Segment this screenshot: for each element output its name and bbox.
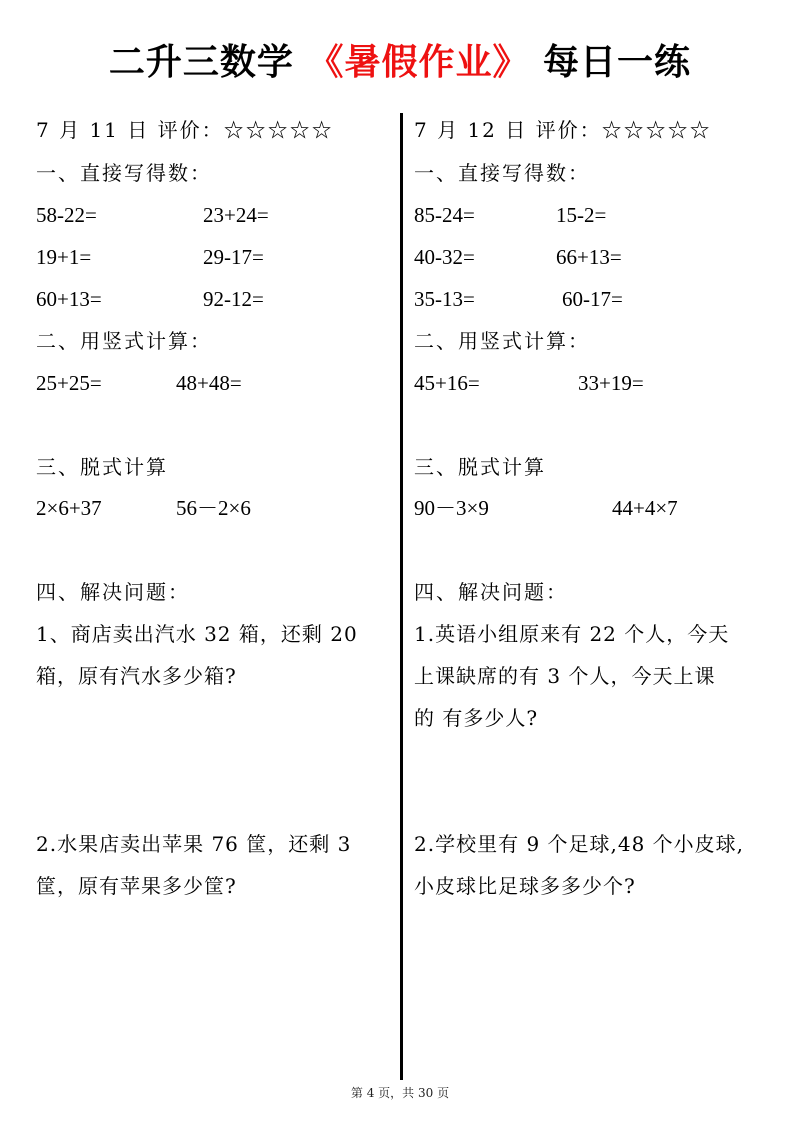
math-item: 60-17= <box>562 285 623 313</box>
section-heading: 三、脱式计算 <box>36 453 168 481</box>
math-item: 48+48= <box>176 369 242 397</box>
section-heading: 一、直接写得数： <box>414 159 590 187</box>
math-item: 60+13= <box>36 285 102 313</box>
math-item: 19+1= <box>36 243 91 271</box>
math-item: 33+19= <box>578 369 644 397</box>
page-title: 二升三数学 《暑假作业》 每日一练 <box>0 38 800 88</box>
title-prefix: 二升三数学 <box>109 42 294 83</box>
title-highlight: 《暑假作业》 <box>307 42 529 83</box>
math-item: 2×6+37 <box>36 494 102 522</box>
math-item: 40-32= <box>414 243 475 271</box>
math-item: 25+25= <box>36 369 102 397</box>
math-item: 35-13= <box>414 285 475 313</box>
word-problem-line: 上课缺席的有 3 个人，今天上课 <box>414 662 715 690</box>
column-divider <box>400 113 403 1080</box>
date-rating-label: 7 月 12 日 评价：☆☆☆☆☆ <box>414 116 712 144</box>
math-item: 90－3×9 <box>414 494 489 522</box>
section-heading: 四、解决问题： <box>36 578 190 606</box>
section-heading: 一、直接写得数： <box>36 159 212 187</box>
math-item: 15-2= <box>556 201 606 229</box>
section-heading: 二、用竖式计算： <box>414 327 590 355</box>
section-heading: 二、用竖式计算： <box>36 327 212 355</box>
word-problem-line: 筐，原有苹果多少筐? <box>36 872 237 900</box>
math-item: 44+4×7 <box>612 494 678 522</box>
word-problem-line: 2.水果店卖出苹果 76 筐，还剩 3 <box>36 830 351 858</box>
math-item: 45+16= <box>414 369 480 397</box>
word-problem-line: 小皮球比足球多多少个? <box>414 872 636 900</box>
word-problem-line: 箱，原有汽水多少箱? <box>36 662 237 690</box>
section-heading: 四、解决问题： <box>414 578 568 606</box>
word-problem-line: 1.英语小组原来有 22 个人，今天 <box>414 620 729 648</box>
title-suffix: 每日一练 <box>543 42 691 83</box>
word-problem-line: 2.学校里有 9 个足球,48 个小皮球, <box>414 830 744 858</box>
word-problem-line: 1、商店卖出汽水 32 箱，还剩 20 <box>36 620 358 648</box>
math-item: 23+24= <box>203 201 269 229</box>
section-heading: 三、脱式计算 <box>414 453 546 481</box>
date-rating-label: 7 月 11 日 评价：☆☆☆☆☆ <box>36 116 334 144</box>
math-item: 29-17= <box>203 243 264 271</box>
math-item: 66+13= <box>556 243 622 271</box>
math-item: 92-12= <box>203 285 264 313</box>
math-item: 56－2×6 <box>176 494 251 522</box>
math-item: 58-22= <box>36 201 97 229</box>
math-item: 85-24= <box>414 201 475 229</box>
word-problem-line: 的 有多少人? <box>414 704 538 732</box>
page-number: 第 4 页，共 30 页 <box>0 1084 800 1101</box>
